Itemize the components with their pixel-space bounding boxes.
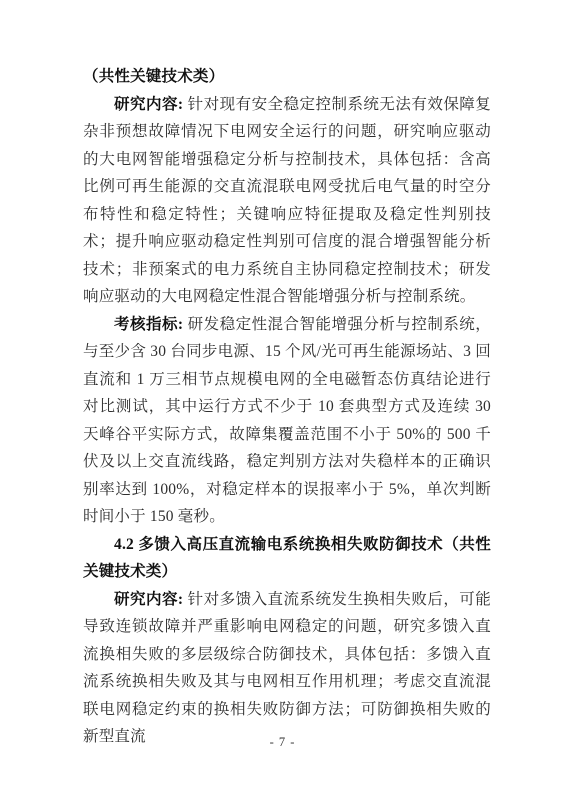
document-text-block: （共性关键技术类） 研究内容: 针对现有安全稳定控制系统无法有效保障复杂非预想故… xyxy=(83,63,491,751)
research-content-text-2: 针对多馈入直流系统发生换相失败后，可能导致连锁故障并严重影响电网稳定的问题，研究… xyxy=(83,591,491,746)
section-heading-4-2: 4.2 多馈入高压直流输电系统换相失败防御技术（共性关键技术类） xyxy=(83,531,491,586)
research-content-paragraph-1: 研究内容: 针对现有安全稳定控制系统无法有效保障复杂非预想故障情况下电网安全运行… xyxy=(83,91,491,311)
heading-continuation: （共性关键技术类） xyxy=(83,63,491,91)
assessment-metrics-paragraph: 考核指标: 研发稳定性混合智能增强分析与控制系统，与至少含 30 台同步电源、1… xyxy=(83,311,491,531)
research-content-label: 研究内容: xyxy=(114,96,183,113)
assessment-metrics-label: 考核指标: xyxy=(114,316,183,333)
document-page: （共性关键技术类） 研究内容: 针对现有安全稳定控制系统无法有效保障复杂非预想故… xyxy=(0,0,565,800)
research-content-label-2: 研究内容: xyxy=(114,591,183,608)
assessment-metrics-text: 研发稳定性混合智能增强分析与控制系统，与至少含 30 台同步电源、15 个风/光… xyxy=(83,316,491,526)
research-content-text: 针对现有安全稳定控制系统无法有效保障复杂非预想故障情况下电网安全运行的问题，研究… xyxy=(83,96,491,306)
page-number: - 7 - xyxy=(0,735,565,750)
research-content-paragraph-2: 研究内容: 针对多馈入直流系统发生换相失败后，可能导致连锁故障并严重影响电网稳定… xyxy=(83,586,491,751)
